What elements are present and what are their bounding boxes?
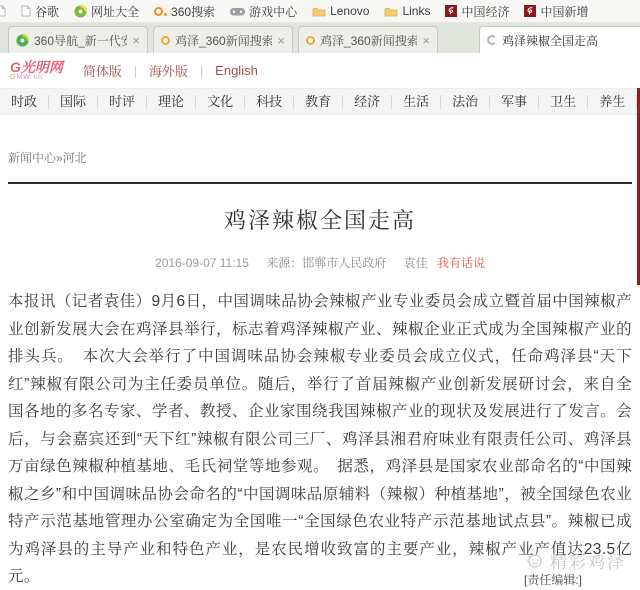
article-author: 袁佳 xyxy=(404,256,428,270)
editor-note: [责任编辑:] xyxy=(524,571,582,588)
bookmark-label: Links xyxy=(402,4,430,18)
bookmark-item-partial[interactable] xyxy=(0,5,6,17)
gamepad-icon xyxy=(230,6,245,17)
folder-icon xyxy=(384,6,398,17)
page-icon xyxy=(21,5,31,17)
page-icon xyxy=(0,5,6,17)
bookmark-label: 中国新增 xyxy=(540,3,588,20)
360-orange-icon xyxy=(161,36,170,45)
tab-article-active[interactable]: 鸡泽辣椒全国走高 xyxy=(479,26,640,53)
tab-title: 鸡泽_360新闻搜索 xyxy=(175,32,272,49)
folder-icon xyxy=(312,6,326,17)
bookmark-label: 网址大全 xyxy=(91,3,139,20)
nav-item-lilun[interactable]: 理论 xyxy=(147,95,196,109)
nav-item-jiaoyu[interactable]: 教育 xyxy=(294,95,343,109)
link-overseas[interactable]: 海外版 xyxy=(149,61,188,80)
bookmark-folder-links[interactable]: Links xyxy=(384,4,430,18)
bookmark-item-china-new[interactable]: 中国新增 xyxy=(524,3,588,20)
tab-title: 鸡泽辣椒全国走高 xyxy=(502,32,640,49)
loading-icon xyxy=(487,35,497,45)
360-search-icon-dot xyxy=(164,13,167,16)
tab-close-icon[interactable]: × xyxy=(422,34,430,47)
article-title: 鸡泽辣椒全国走高 xyxy=(8,204,632,235)
bookmark-label: 游戏中心 xyxy=(249,3,297,20)
separator: | xyxy=(200,64,203,78)
link-simplified[interactable]: 简体版 xyxy=(83,61,122,80)
phoenix-icon xyxy=(445,5,457,17)
nav-item-keji[interactable]: 科技 xyxy=(245,95,294,109)
browser-window: 谷歌 网址大全 360搜索 游戏中心 Lenovo Links 中国经济 中国 xyxy=(0,0,640,590)
bookmark-label: 360搜索 xyxy=(171,3,215,20)
article-dateline: 2016-09-07 11:15 来源：邯郸市人民政府 袁佳 我有话说 xyxy=(8,254,632,271)
tab-title: 360导航_新一代安全上 xyxy=(34,32,127,49)
header-links: 简体版 | 海外版 | English xyxy=(83,61,258,80)
tab-bar: 360导航_新一代安全上 × 鸡泽_360新闻搜索 × 鸡泽_360新闻搜索 ×… xyxy=(0,23,640,53)
nav-item-shizheng[interactable]: 时政 xyxy=(0,95,49,109)
360-nav-icon xyxy=(74,5,87,18)
watermark: 精彩鸡泽 xyxy=(526,548,626,573)
bookmark-label: Lenovo xyxy=(330,4,369,18)
gmw-logo-text: G光明网 xyxy=(10,60,63,74)
channel-nav: 时政 国际 时评 理论 文化 科技 教育 经济 生活 法治 军事 卫生 养生 女… xyxy=(0,88,640,115)
tab-360-nav[interactable]: 360导航_新一代安全上 × xyxy=(8,26,148,53)
article-source: 来源：邯郸市人民政府 xyxy=(266,256,386,270)
360-search-icon xyxy=(154,7,163,16)
nav-item-jingji[interactable]: 经济 xyxy=(343,95,392,109)
site-header: G光明网 GMW.cn 简体版 | 海外版 | English xyxy=(0,53,640,88)
tab-jize-search-2[interactable]: 鸡泽_360新闻搜索 × xyxy=(298,26,438,53)
smiley-logo-icon xyxy=(526,553,544,569)
nav-item-wenhua[interactable]: 文化 xyxy=(196,95,245,109)
title-divider xyxy=(8,182,632,184)
nav-item-yangsheng[interactable]: 养生 xyxy=(588,95,637,109)
bookmarks-bar: 谷歌 网址大全 360搜索 游戏中心 Lenovo Links 中国经济 中国 xyxy=(0,0,640,23)
comment-link[interactable]: 我有话说 xyxy=(437,256,485,270)
breadcrumb[interactable]: 新闻中心»河北 xyxy=(8,149,632,166)
tab-jize-search-1[interactable]: 鸡泽_360新闻搜索 × xyxy=(153,26,293,53)
bookmark-item-360search[interactable]: 360搜索 xyxy=(154,3,215,20)
360-orange-icon xyxy=(306,36,315,45)
nav-item-weisheng[interactable]: 卫生 xyxy=(539,95,588,109)
gmw-logo[interactable]: G光明网 GMW.cn xyxy=(10,60,63,81)
watermark-text: 精彩鸡泽 xyxy=(550,548,626,573)
article-datetime: 2016-09-07 11:15 xyxy=(155,256,249,270)
bookmark-folder-lenovo[interactable]: Lenovo xyxy=(312,4,369,18)
bookmark-label: 谷歌 xyxy=(35,3,59,20)
article-body: 本报讯（记者袁佳）9月6日，中国调味品协会辣椒产业专业委员会成立暨首届中国辣椒产… xyxy=(8,288,632,590)
separator: | xyxy=(134,64,137,78)
nav-item-fazhi[interactable]: 法治 xyxy=(441,95,490,109)
tab-close-icon[interactable]: × xyxy=(132,34,140,47)
gmw-logo-subtext: GMW.cn xyxy=(10,74,63,81)
tab-title: 鸡泽_360新闻搜索 xyxy=(320,32,417,49)
nav-item-shiping[interactable]: 时评 xyxy=(98,95,147,109)
bookmark-item-games[interactable]: 游戏中心 xyxy=(230,3,297,20)
360-green-icon xyxy=(16,34,29,47)
tab-close-icon[interactable]: × xyxy=(277,34,285,47)
bookmark-label: 中国经济 xyxy=(461,3,509,20)
nav-item-shenghuo[interactable]: 生活 xyxy=(392,95,441,109)
article-content: 新闻中心»河北 鸡泽辣椒全国走高 2016-09-07 11:15 来源：邯郸市… xyxy=(0,149,640,590)
link-english[interactable]: English xyxy=(215,63,258,78)
nav-item-junshi[interactable]: 军事 xyxy=(490,95,539,109)
bookmark-item-wangzhi[interactable]: 网址大全 xyxy=(74,3,139,20)
bookmark-item-google[interactable]: 谷歌 xyxy=(21,3,59,20)
phoenix-icon xyxy=(524,5,536,17)
bookmark-item-china-economy[interactable]: 中国经济 xyxy=(445,3,509,20)
nav-item-guoji[interactable]: 国际 xyxy=(49,95,98,109)
